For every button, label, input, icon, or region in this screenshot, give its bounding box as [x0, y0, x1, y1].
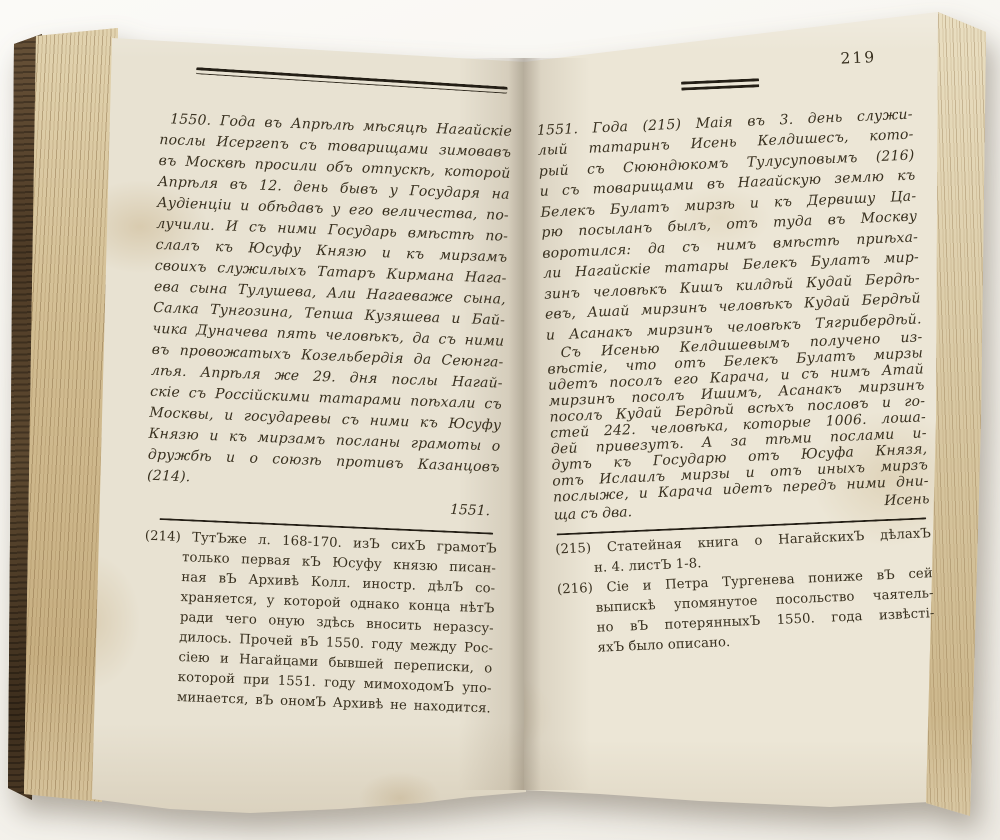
footnote-216: (216) Сіе и Петра Тургенева пониже вЪ се… [557, 564, 936, 660]
last-words: ща съ два. [553, 502, 632, 526]
section-double-rule [681, 78, 759, 90]
photo-of-open-book: 1550. Года въ Апрѣлѣ мѣсяцѣ Нагайскіепос… [0, 0, 1000, 840]
left-main-paragraph: 1550. Года въ Апрѣлѣ мѣсяцѣ Нагайскіепос… [147, 109, 513, 500]
footnote-214: (214) ТутЪже л. 168-170. изЪ сихЪ грамот… [139, 527, 497, 720]
right-page-text: 219 1551. Года (215) Маія въ 3. день слу… [534, 46, 936, 660]
right-paragraph-2: Съ Исенью Келдишевымъ получено из-вѣстіе… [546, 329, 929, 505]
right-paragraph-1: 1551. Года (215) Маія въ 3. день служи-л… [537, 104, 922, 346]
catchword: Исень [884, 489, 930, 511]
footnote-214-body: только первая кЪ Юсуфу князю писан-ная в… [177, 548, 497, 719]
left-page-text: 1550. Года въ Апрѣлѣ мѣсяцѣ Нагайскіепос… [139, 70, 514, 719]
